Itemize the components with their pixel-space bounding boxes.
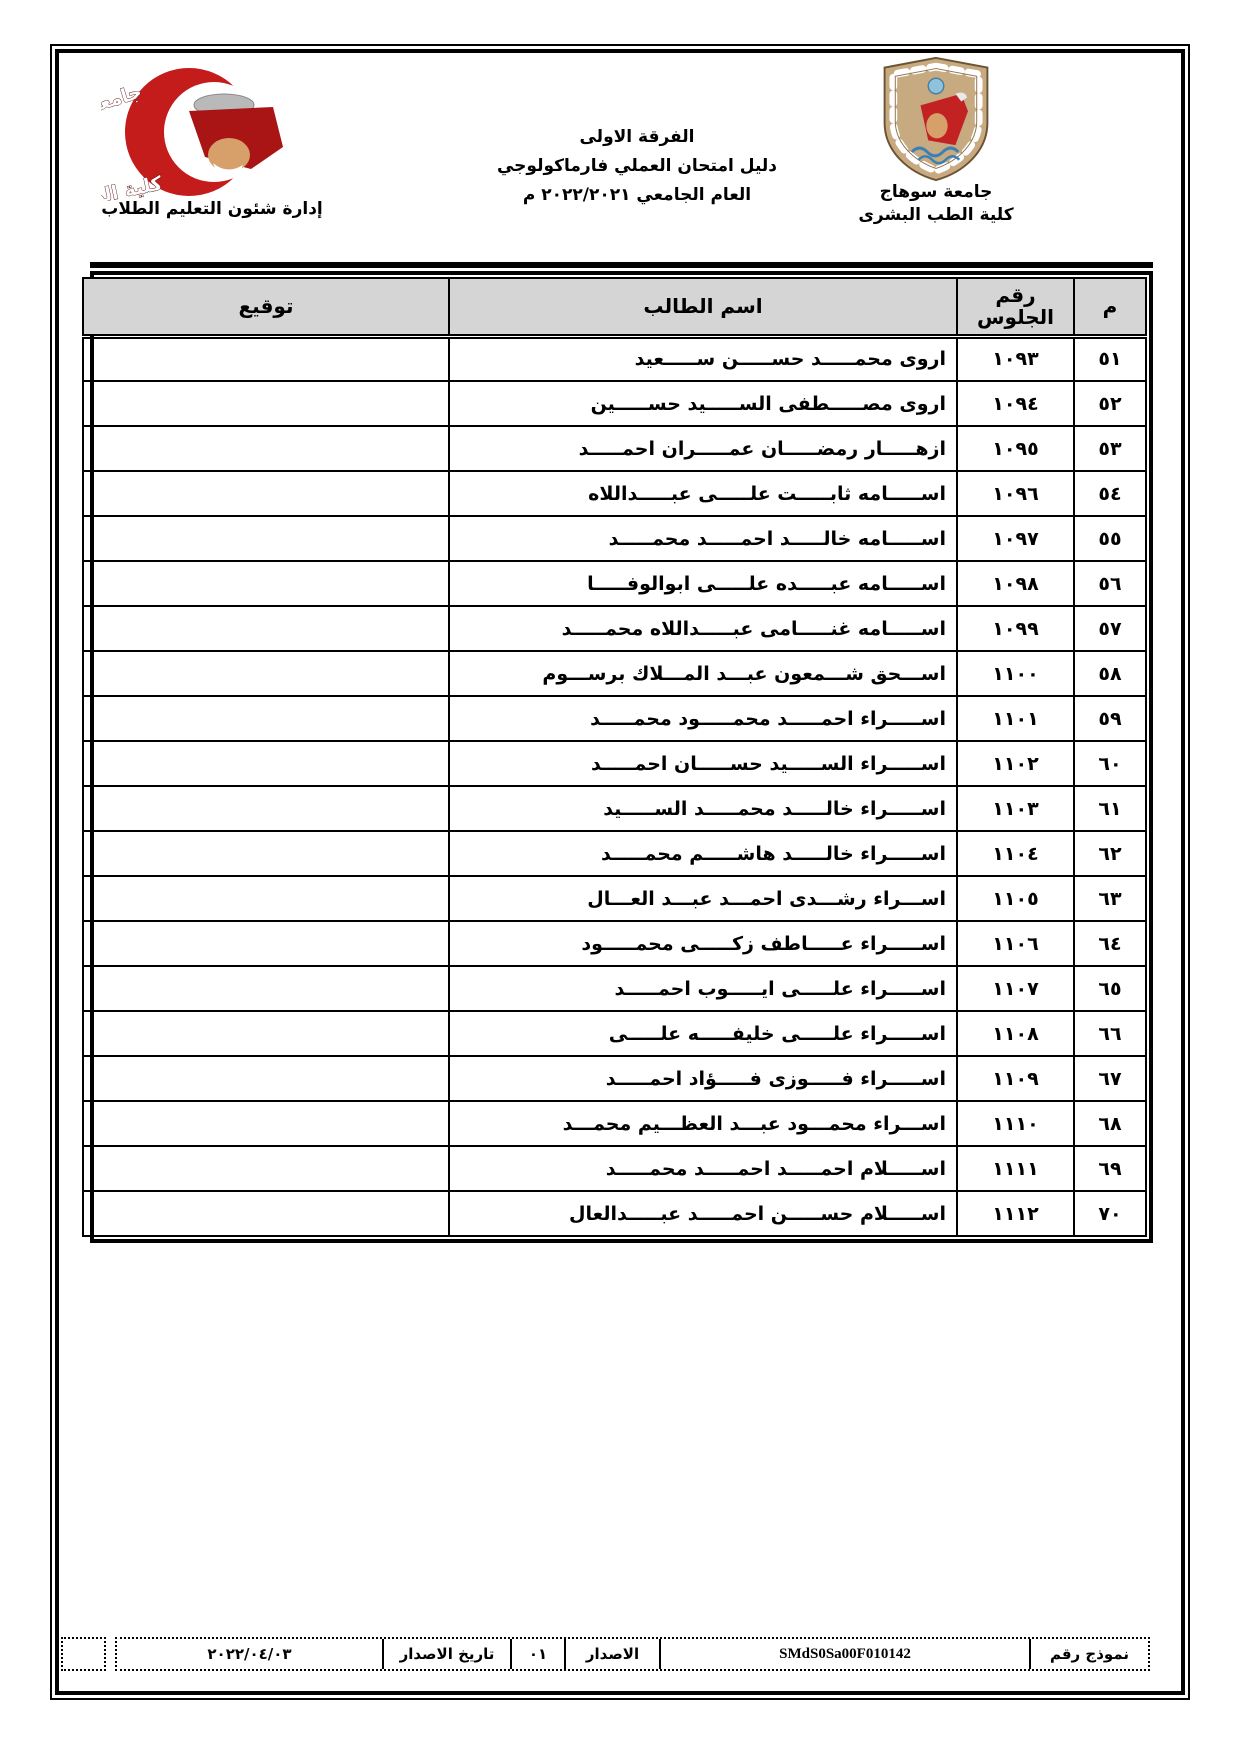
cell-serial: ٦٣ — [1074, 876, 1146, 921]
footer-table: نموذج رقم SMdS0Sa00F010142 الاصدار ٠١ تا… — [117, 1639, 1148, 1669]
table-row: ٥٤١٠٩٦اســـــامه ثابـــــت علـــــى عبــ… — [83, 471, 1146, 516]
cell-seat: ١١٠٢ — [957, 741, 1074, 786]
cell-seat: ١١٠٤ — [957, 831, 1074, 876]
cell-sign — [83, 1056, 449, 1101]
students-table: م رقم الجلوس اسم الطالب توقيع ٥١١٠٩٣اروى… — [82, 277, 1147, 1237]
cell-serial: ٥٥ — [1074, 516, 1146, 561]
cell-name: اســـــراء فـــــوزى فـــــؤاد احمـــــد — [449, 1056, 957, 1101]
cell-seat: ١١٠٦ — [957, 921, 1074, 966]
cell-serial: ٥٧ — [1074, 606, 1146, 651]
table-row: ٥٥١٠٩٧اســـــامه خالـــــد احمـــــد محم… — [83, 516, 1146, 561]
cell-serial: ٦٦ — [1074, 1011, 1146, 1056]
cell-seat: ١١١٠ — [957, 1101, 1074, 1146]
grade-title: الفرقة الاولى — [467, 123, 807, 152]
cell-serial: ٥٩ — [1074, 696, 1146, 741]
table-row: ٦٥١١٠٧اســـــراء علـــــى ايـــــوب احمـ… — [83, 966, 1146, 1011]
cell-seat: ١١٠٧ — [957, 966, 1074, 1011]
form-number-label: نموذج رقم — [1030, 1639, 1148, 1669]
cell-serial: ٦٠ — [1074, 741, 1146, 786]
cell-serial: ٥١ — [1074, 336, 1146, 381]
cell-name: اســـــراء علـــــى خليفـــــه علـــــى — [449, 1011, 957, 1056]
cell-name: اســـــراء علـــــى ايـــــوب احمـــــد — [449, 966, 957, 1011]
exam-info-block: الفرقة الاولى دليل امتحان العملي فارماكو… — [467, 123, 807, 210]
table-row: ٦٧١١٠٩اســـــراء فـــــوزى فـــــؤاد احم… — [83, 1056, 1146, 1101]
cell-sign — [83, 696, 449, 741]
cell-seat: ١١١٢ — [957, 1191, 1074, 1236]
cell-sign — [83, 876, 449, 921]
cell-sign — [83, 921, 449, 966]
cell-name: اســـحق شـــمعون عبـــد المـــلاك برســـ… — [449, 651, 957, 696]
cell-seat: ١٠٩٧ — [957, 516, 1074, 561]
cell-serial: ٥٨ — [1074, 651, 1146, 696]
table-row: ٥٣١٠٩٥ازهـــــار رمضـــــان عمـــــران ا… — [83, 426, 1146, 471]
cell-seat: ١٠٩٤ — [957, 381, 1074, 426]
cell-name: اســـــامه عبـــــده علـــــى ابوالوفـــ… — [449, 561, 957, 606]
cell-serial: ٦٢ — [1074, 831, 1146, 876]
footer-row: نموذج رقم SMdS0Sa00F010142 الاصدار ٠١ تا… — [117, 1639, 1148, 1669]
cell-sign — [83, 381, 449, 426]
cell-name: اســـــامه ثابـــــت علـــــى عبـــــدال… — [449, 471, 957, 516]
cell-serial: ٥٣ — [1074, 426, 1146, 471]
university-name: جامعة سوهاج — [821, 181, 1051, 204]
header-separator-rule — [90, 262, 1153, 268]
header-signature: توقيع — [83, 278, 449, 336]
cell-name: اســـــلام احمـــــد احمـــــد محمـــــد — [449, 1146, 957, 1191]
cell-name: اروى مصـــــطفى الســـــيد حســـــين — [449, 381, 957, 426]
cell-seat: ١٠٩٨ — [957, 561, 1074, 606]
cell-seat: ١١٠١ — [957, 696, 1074, 741]
cell-serial: ٦٧ — [1074, 1056, 1146, 1101]
cell-sign — [83, 786, 449, 831]
cell-serial: ٦٨ — [1074, 1101, 1146, 1146]
cell-serial: ٥٢ — [1074, 381, 1146, 426]
cell-seat: ١١٠٥ — [957, 876, 1074, 921]
cell-name: اســـــراء احمـــــد محمـــــود محمـــــ… — [449, 696, 957, 741]
table-row: ٧٠١١١٢اســـــلام حســـــن احمـــــد عبــ… — [83, 1191, 1146, 1236]
cell-sign — [83, 426, 449, 471]
cell-serial: ٧٠ — [1074, 1191, 1146, 1236]
table-row: ٥١١٠٩٣اروى محمـــــد حســـــن ســـــعيد — [83, 336, 1146, 381]
crescent-logo-graphic: جامعة سوهاج كلية الطب — [101, 63, 306, 201]
cell-name: اســـــراء خالـــــد هاشـــــم محمـــــد — [449, 831, 957, 876]
cell-sign — [83, 651, 449, 696]
cell-seat: ١٠٩٦ — [957, 471, 1074, 516]
students-table-wrapper: م رقم الجلوس اسم الطالب توقيع ٥١١٠٩٣اروى… — [90, 271, 1153, 1243]
cell-seat: ١١٠٨ — [957, 1011, 1074, 1056]
faculty-name: كلية الطب البشرى — [821, 204, 1051, 227]
academic-year: العام الجامعي ٢٠٢٢/٢٠٢١ م — [467, 181, 807, 210]
issue-date-value: ٢٠٢٢/٠٤/٠٣ — [117, 1639, 383, 1669]
cell-name: اروى محمـــــد حســـــن ســـــعيد — [449, 336, 957, 381]
cell-name: اســـراء رشـــدى احمـــد عبـــد العـــال — [449, 876, 957, 921]
page-border-outer: جامعة سوهاج كلية الطب البشرى الفرقة الاو… — [50, 44, 1190, 1700]
cell-sign — [83, 1146, 449, 1191]
table-row: ٦٠١١٠٢اســـــراء الســـــيد حســـــان اح… — [83, 741, 1146, 786]
cell-serial: ٦٥ — [1074, 966, 1146, 1011]
faculty-medicine-crescent-logo: جامعة سوهاج كلية الطب — [101, 63, 306, 201]
cell-serial: ٥٦ — [1074, 561, 1146, 606]
table-row: ٦٤١١٠٦اســـــراء عـــــاطف زكـــــى محمـ… — [83, 921, 1146, 966]
footer-corner-box — [61, 1637, 106, 1671]
cell-serial: ٦٩ — [1074, 1146, 1146, 1191]
table-row: ٦٦١١٠٨اســـــراء علـــــى خليفـــــه علـ… — [83, 1011, 1146, 1056]
issue-value: ٠١ — [511, 1639, 565, 1669]
cell-name: اســـــراء عـــــاطف زكـــــى محمـــــود — [449, 921, 957, 966]
cell-sign — [83, 516, 449, 561]
cell-sign — [83, 561, 449, 606]
cell-seat: ١١٠٠ — [957, 651, 1074, 696]
table-row: ٦٩١١١١اســـــلام احمـــــد احمـــــد محم… — [83, 1146, 1146, 1191]
cell-serial: ٦١ — [1074, 786, 1146, 831]
cell-sign — [83, 1011, 449, 1056]
footer-form-bar: نموذج رقم SMdS0Sa00F010142 الاصدار ٠١ تا… — [115, 1637, 1150, 1671]
table-row: ٥٨١١٠٠اســـحق شـــمعون عبـــد المـــلاك … — [83, 651, 1146, 696]
cell-sign — [83, 606, 449, 651]
cell-name: اســـراء محمـــود عبـــد العظـــيم محمــ… — [449, 1101, 957, 1146]
issue-label: الاصدار — [565, 1639, 660, 1669]
table-row: ٦٨١١١٠اســـراء محمـــود عبـــد العظـــيم… — [83, 1101, 1146, 1146]
svg-text:كلية الطب: كلية الطب — [101, 172, 165, 201]
sohag-university-shield-logo — [877, 55, 995, 183]
table-row: ٦٢١١٠٤اســـــراء خالـــــد هاشـــــم محم… — [83, 831, 1146, 876]
cell-sign — [83, 1191, 449, 1236]
table-row: ٥٧١٠٩٩اســـــامه غنـــــامى عبـــــداللا… — [83, 606, 1146, 651]
table-row: ٥٢١٠٩٤اروى مصـــــطفى الســـــيد حســـــ… — [83, 381, 1146, 426]
cell-sign — [83, 741, 449, 786]
cell-serial: ٦٤ — [1074, 921, 1146, 966]
cell-name: اســـــامه غنـــــامى عبـــــداللاه محمـ… — [449, 606, 957, 651]
table-row: ٦١١١٠٣اســـــراء خالـــــد محمـــــد الس… — [83, 786, 1146, 831]
header-serial: م — [1074, 278, 1146, 336]
cell-seat: ١٠٩٩ — [957, 606, 1074, 651]
cell-sign — [83, 336, 449, 381]
table-row: ٥٦١٠٩٨اســـــامه عبـــــده علـــــى ابوا… — [83, 561, 1146, 606]
cell-name: اســـــراء خالـــــد محمـــــد الســـــي… — [449, 786, 957, 831]
cell-seat: ١١٠٣ — [957, 786, 1074, 831]
exam-title: دليل امتحان العملي فارماكولوجي — [467, 152, 807, 181]
header-seat-number: رقم الجلوس — [957, 278, 1074, 336]
cell-seat: ١٠٩٣ — [957, 336, 1074, 381]
table-row: ٥٩١١٠١اســـــراء احمـــــد محمـــــود مح… — [83, 696, 1146, 741]
page-border-inner: جامعة سوهاج كلية الطب البشرى الفرقة الاو… — [55, 49, 1185, 1695]
cell-seat: ١١١١ — [957, 1146, 1074, 1191]
cell-serial: ٥٤ — [1074, 471, 1146, 516]
cell-name: اســـــلام حســـــن احمـــــد عبـــــدال… — [449, 1191, 957, 1236]
department-name: إدارة شئون التعليم الطلاب — [87, 199, 337, 219]
header-student-name: اسم الطالب — [449, 278, 957, 336]
issue-date-label: تاريخ الاصدار — [383, 1639, 511, 1669]
cell-sign — [83, 471, 449, 516]
form-number-value: SMdS0Sa00F010142 — [660, 1639, 1030, 1669]
cell-name: ازهـــــار رمضـــــان عمـــــران احمــــ… — [449, 426, 957, 471]
cell-sign — [83, 966, 449, 1011]
cell-name: اســـــراء الســـــيد حســـــان احمـــــ… — [449, 741, 957, 786]
shield-logo-graphic — [877, 55, 995, 183]
cell-seat: ١١٠٩ — [957, 1056, 1074, 1101]
student-table-body: ٥١١٠٩٣اروى محمـــــد حســـــن ســـــعيد٥… — [83, 336, 1146, 1236]
university-name-block: جامعة سوهاج كلية الطب البشرى — [821, 181, 1051, 227]
cell-seat: ١٠٩٥ — [957, 426, 1074, 471]
cell-name: اســـــامه خالـــــد احمـــــد محمـــــد — [449, 516, 957, 561]
table-header-row: م رقم الجلوس اسم الطالب توقيع — [83, 278, 1146, 336]
cell-sign — [83, 1101, 449, 1146]
cell-sign — [83, 831, 449, 876]
table-row: ٦٣١١٠٥اســـراء رشـــدى احمـــد عبـــد ال… — [83, 876, 1146, 921]
